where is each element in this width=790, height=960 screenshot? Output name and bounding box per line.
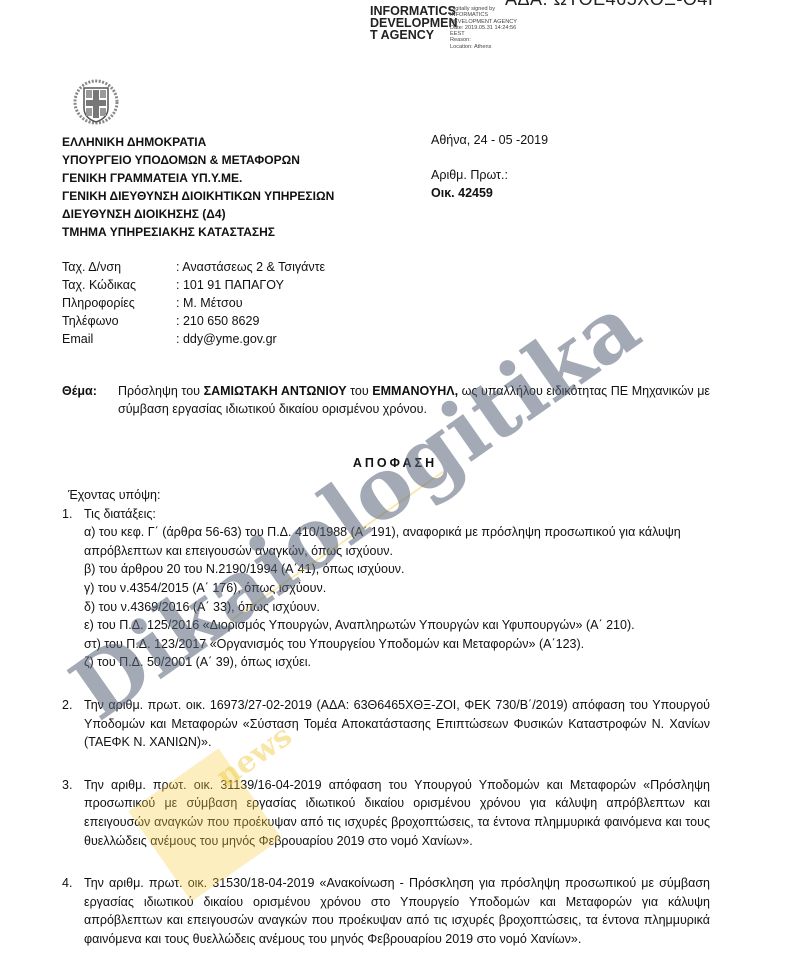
list-item: 3. Την αριθμ. πρωτ. οικ. 31139/16-04-201…	[62, 776, 710, 850]
signature-details: Digitally signed by INFORMATICS DEVELOPM…	[450, 6, 517, 50]
protocol-number: Οικ. 42459	[431, 186, 493, 200]
ministry-header: ΕΛΛΗΝΙΚΗ ΔΗΜΟΚΡΑΤΙΑ ΥΠΟΥΡΓΕΙΟ ΥΠΟΔΟΜΩΝ &…	[62, 133, 334, 241]
contact-row: Email: ddy@yme.gov.gr	[62, 330, 325, 348]
contact-info: Ταχ. Δ/νση: Αναστάσεως 2 & Τσιγάντε Ταχ.…	[62, 258, 325, 348]
sub-item: δ) του ν.4369/2016 (Α΄ 33), όπως ισχύουν…	[84, 598, 710, 617]
subject: Θέμα: Πρόσληψη του ΣΑΜΙΩΤΑΚΗ ΑΝΤΩΝΙΟΥ το…	[62, 382, 710, 418]
contact-row: Ταχ. Κώδικας: 101 91 ΠΑΠΑΓΟΥ	[62, 276, 325, 294]
signature-org: INFORMATICS DEVELOPMEN T AGENCY	[370, 5, 458, 41]
sub-item: στ) του Π.Δ. 123/2017 «Οργανισμός του Υπ…	[84, 635, 710, 654]
list-item: 2. Την αριθμ. πρωτ. οικ. 16973/27-02-201…	[62, 696, 710, 752]
decision-title: ΑΠΟΦΑΣΗ	[0, 456, 790, 470]
list-item: 4. Την αριθμ. πρωτ. οικ. 31530/18-04-201…	[62, 874, 710, 948]
contact-row: Τηλέφωνο: 210 650 8629	[62, 312, 325, 330]
subject-text: Πρόσληψη του ΣΑΜΙΩΤΑΚΗ ΑΝΤΩΝΙΟΥ του ΕΜΜΑ…	[118, 382, 710, 418]
sub-item: γ) του ν.4354/2015 (Α΄ 176), όπως ισχύου…	[84, 579, 710, 598]
sub-item: β) του άρθρου 20 του Ν.2190/1994 (Α΄41),…	[84, 560, 710, 579]
subject-label: Θέμα:	[62, 382, 118, 418]
ada-code: ΑΔΑ: ΩΤΟΕ465ΧΘΞ-Ο4Ι	[505, 0, 713, 10]
intro-text: Έχοντας υπόψη:	[62, 486, 710, 505]
protocol-label: Αριθμ. Πρωτ.:	[431, 168, 508, 182]
coat-of-arms-icon	[72, 78, 120, 128]
contact-row: Πληροφορίες: Μ. Μέτσου	[62, 294, 325, 312]
document-date: Αθήνα, 24 - 05 -2019	[431, 133, 548, 147]
sub-item: ε) του Π.Δ. 125/2016 «Διορισμός Υπουργών…	[84, 616, 710, 635]
sub-item: ζ) του Π.Δ. 50/2001 (Α΄ 39), όπως ισχύει…	[84, 653, 710, 672]
list-item: 1. Τις διατάξεις: α) του κεφ. Γ΄ (άρθρα …	[62, 505, 710, 672]
sub-item: α) του κεφ. Γ΄ (άρθρα 56-63) του Π.Δ. 41…	[84, 523, 710, 560]
contact-row: Ταχ. Δ/νση: Αναστάσεως 2 & Τσιγάντε	[62, 258, 325, 276]
decision-body: Έχοντας υπόψη: 1. Τις διατάξεις: α) του …	[62, 486, 710, 948]
